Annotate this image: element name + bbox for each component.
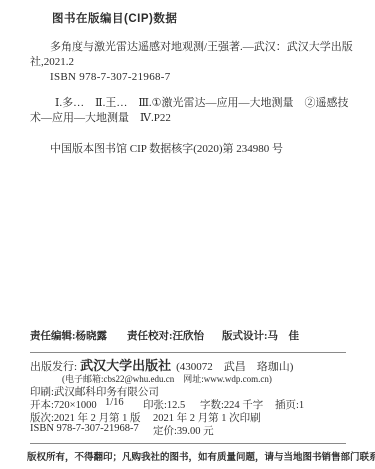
- cip-classification-line-2: 术—应用—大地测量 Ⅳ.P22: [30, 111, 350, 126]
- cip-header: 图书在版编目(CIP)数据: [52, 10, 177, 26]
- cip-classification: Ⅰ.多… Ⅱ.王… Ⅲ.①激光雷达—应用—大地测量 ②遥感技 术—应用—大地测量…: [30, 96, 350, 126]
- isbn-price-row: ISBN 978-7-307-21968-7 定价:39.00 元: [0, 423, 375, 437]
- staff-designer: 版式设计:马 佳: [222, 328, 299, 343]
- format-spec-row: 开本:720×1000 1/16 印张:12.5 字数:224 千字 插页:1: [0, 397, 375, 411]
- cip-title-line-1: 多角度与激光雷达遥感对地观测/王强著.—武汉：武汉大学出版: [30, 40, 348, 55]
- publisher-row: 出版发行:武汉大学出版社(430072 武昌 珞珈山): [30, 355, 293, 371]
- divider-top: [30, 352, 346, 353]
- cip-title-line-2: 社,2021.2: [30, 55, 348, 70]
- isbn-number: ISBN 978-7-307-21968-7: [30, 423, 139, 434]
- copyright-notice: 版权所有，不得翻印；凡购我社的图书，如有质量问题，请与当地图书销售部门联系调换。: [27, 449, 367, 463]
- divider-bottom: [30, 443, 346, 444]
- cip-record-number: 中国版本图书馆 CIP 数据核字(2020)第 234980 号: [50, 142, 283, 157]
- cip-title-paragraph: 多角度与激光雷达遥感对地观测/王强著.—武汉：武汉大学出版 社,2021.2: [30, 40, 348, 70]
- price: 定价:39.00 元: [153, 423, 214, 438]
- edition-row: 版次:2021 年 2 月第 1 版 2021 年 2 月第 1 次印刷: [0, 410, 375, 424]
- book-copyright-page: 图书在版编目(CIP)数据 多角度与激光雷达遥感对地观测/王强著.—武汉：武汉大…: [0, 0, 375, 469]
- cip-classification-line-1: Ⅰ.多… Ⅱ.王… Ⅲ.①激光雷达—应用—大地测量 ②遥感技: [30, 96, 350, 111]
- staff-credits-row: 责任编辑:杨晓露 责任校对:汪欣怡 版式设计:马 佳: [0, 328, 375, 342]
- cip-isbn: ISBN 978-7-307-21968-7: [50, 70, 171, 85]
- publisher-name: 武汉大学出版社: [80, 358, 171, 373]
- format-fraction: 1/16: [105, 397, 124, 408]
- staff-editor: 责任编辑:杨晓露: [30, 328, 107, 343]
- staff-proofreader: 责任校对:汪欣怡: [127, 328, 204, 343]
